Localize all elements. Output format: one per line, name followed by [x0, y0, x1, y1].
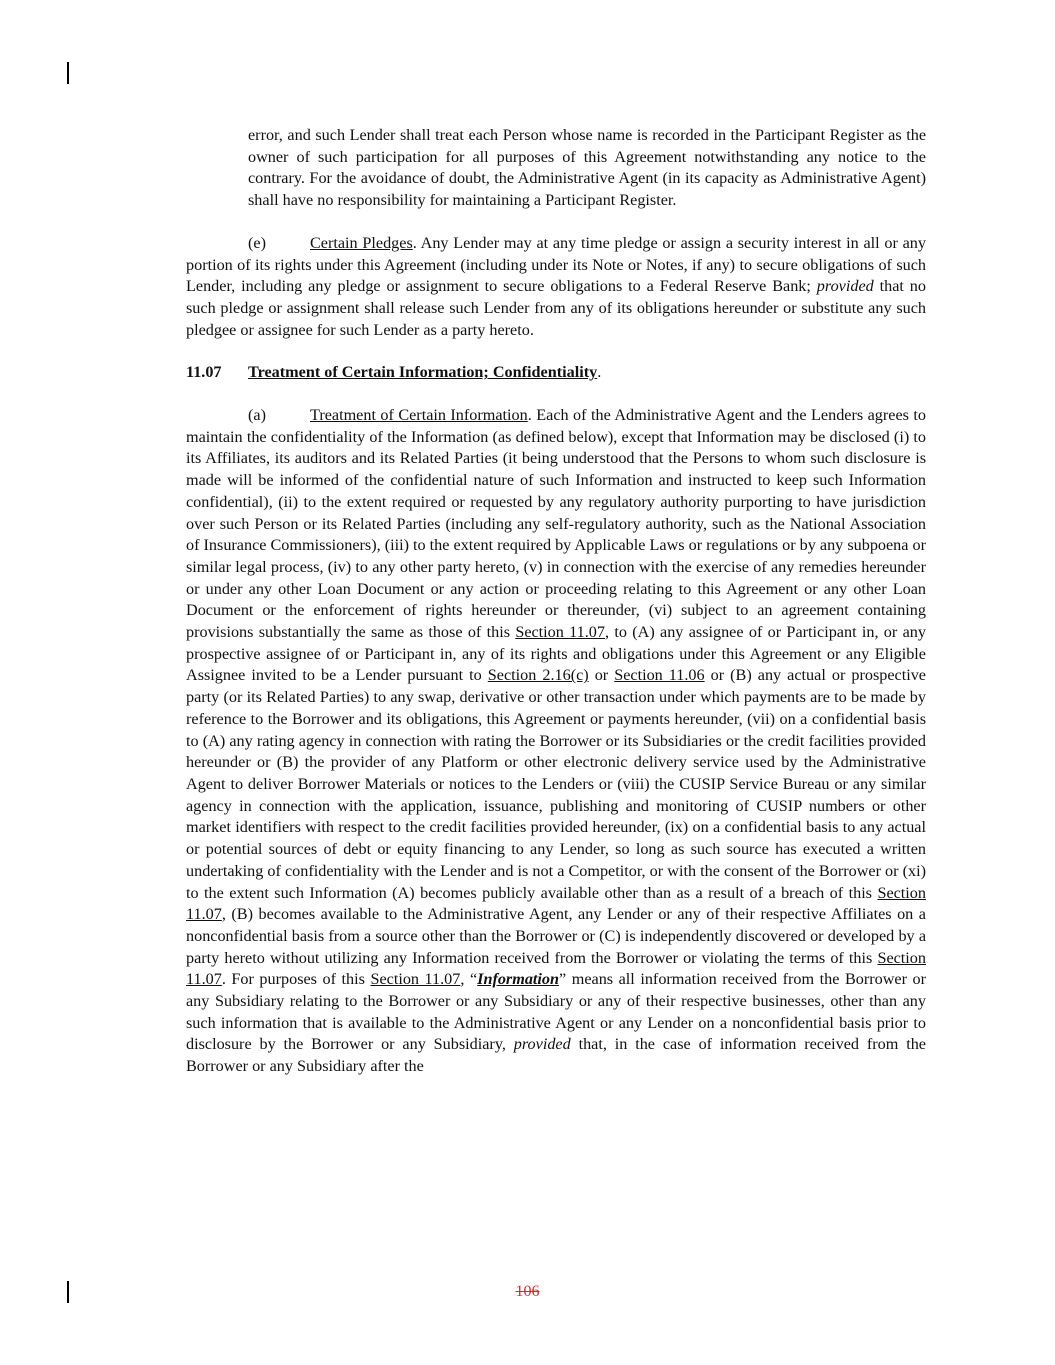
subsection-e-paragraph: (e)Certain Pledges. Any Lender may at an…	[186, 233, 926, 342]
subsection-a-label: (a)	[248, 405, 310, 427]
change-bar-top	[67, 62, 69, 84]
subsection-a-paragraph: (a)Treatment of Certain Information. Eac…	[186, 405, 926, 1078]
section-reference-link: Section 11.07	[370, 970, 460, 988]
section-heading: 11.07Treatment of Certain Information; C…	[186, 362, 926, 384]
subsection-e-label: (e)	[248, 233, 310, 255]
section-title: Treatment of Certain Information; Confid…	[248, 363, 597, 381]
page-number: 106	[0, 1283, 1055, 1301]
section-reference-link: Section 11.06	[614, 666, 704, 684]
section-reference-link: Section 2.16(c)	[488, 666, 589, 684]
subsection-e-title: Certain Pledges	[310, 234, 413, 252]
subsection-a-title: Treatment of Certain Information	[310, 406, 528, 424]
document-body: error, and such Lender shall treat each …	[186, 125, 926, 1078]
section-reference-link: Section 11.07	[515, 623, 605, 641]
section-number: 11.07	[186, 362, 248, 384]
continuation-paragraph: error, and such Lender shall treat each …	[186, 125, 926, 212]
document-page: error, and such Lender shall treat each …	[0, 0, 1055, 1365]
defined-term: Information	[477, 970, 559, 988]
